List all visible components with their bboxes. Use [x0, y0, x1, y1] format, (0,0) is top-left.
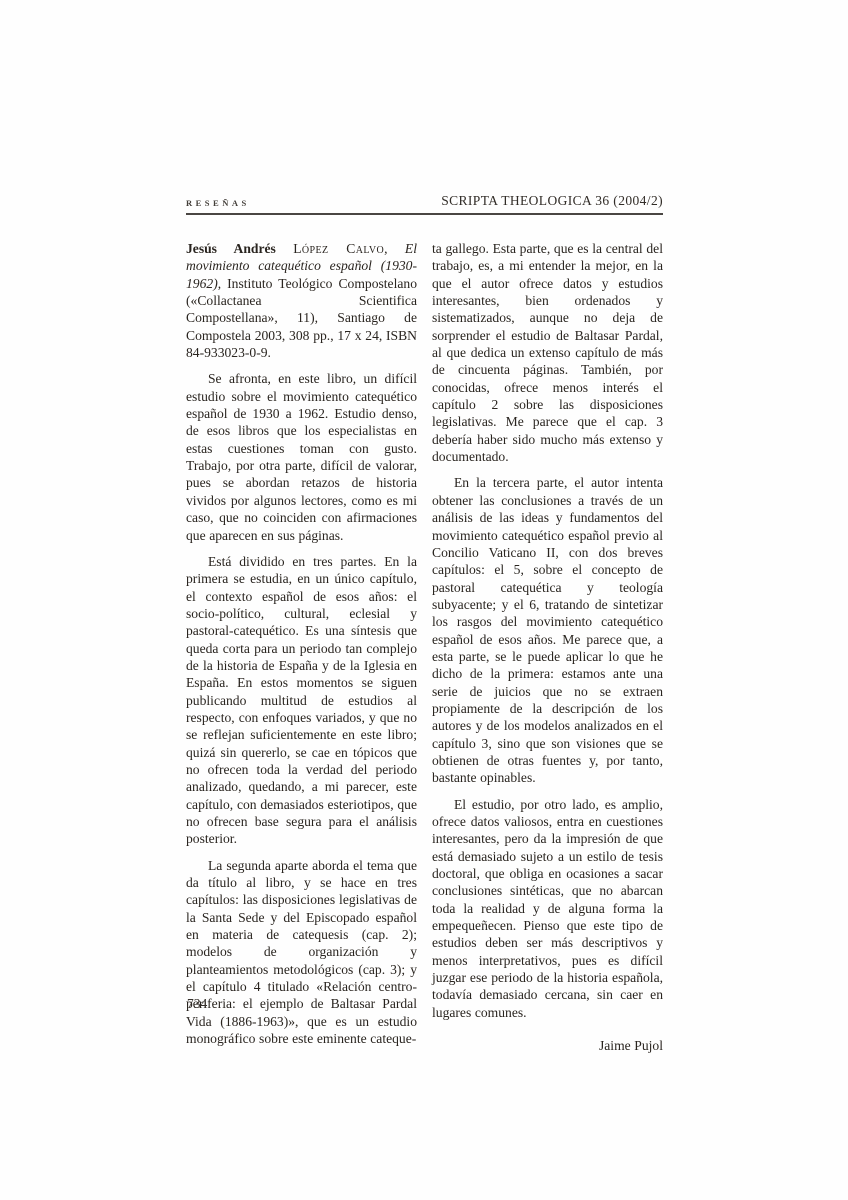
page-number: 734 — [187, 996, 207, 1012]
journal-title: SCRIPTA THEOLOGICA 36 (2004/2) — [441, 193, 663, 209]
two-column-body: Jesús Andrés López Calvo, El movimiento … — [186, 240, 663, 1063]
left-column: Jesús Andrés López Calvo, El movimiento … — [186, 240, 417, 1063]
scanned-journal-page: RESEÑAS SCRIPTA THEOLOGICA 36 (2004/2) J… — [0, 0, 848, 1200]
citation-author-surname: López Calvo — [293, 241, 384, 256]
citation-publication-info: , Instituto Teológico Compostelano («Col… — [186, 276, 417, 360]
paragraph: El estudio, por otro lado, es amplio, of… — [432, 796, 663, 1021]
citation-author-given: Jesús Andrés — [186, 241, 293, 256]
running-header: RESEÑAS SCRIPTA THEOLOGICA 36 (2004/2) — [186, 193, 663, 215]
paragraph: Se afronta, en este libro, un difícil es… — [186, 370, 417, 543]
book-citation: Jesús Andrés López Calvo, El movimiento … — [186, 240, 417, 361]
paragraph: En la tercera parte, el autor intenta ob… — [432, 474, 663, 786]
paragraph: ta gallego. Esta parte, que es la centra… — [432, 240, 663, 465]
reviewer-signature: Jaime Pujol — [432, 1037, 663, 1054]
paragraph: Está dividido en tres partes. En la prim… — [186, 553, 417, 848]
section-label: RESEÑAS — [186, 198, 250, 208]
right-column: ta gallego. Esta parte, que es la centra… — [432, 240, 663, 1063]
page-content: RESEÑAS SCRIPTA THEOLOGICA 36 (2004/2) J… — [186, 193, 663, 1063]
paragraph: La segunda aparte aborda el tema que da … — [186, 857, 417, 1048]
citation-separator: , — [384, 241, 405, 256]
